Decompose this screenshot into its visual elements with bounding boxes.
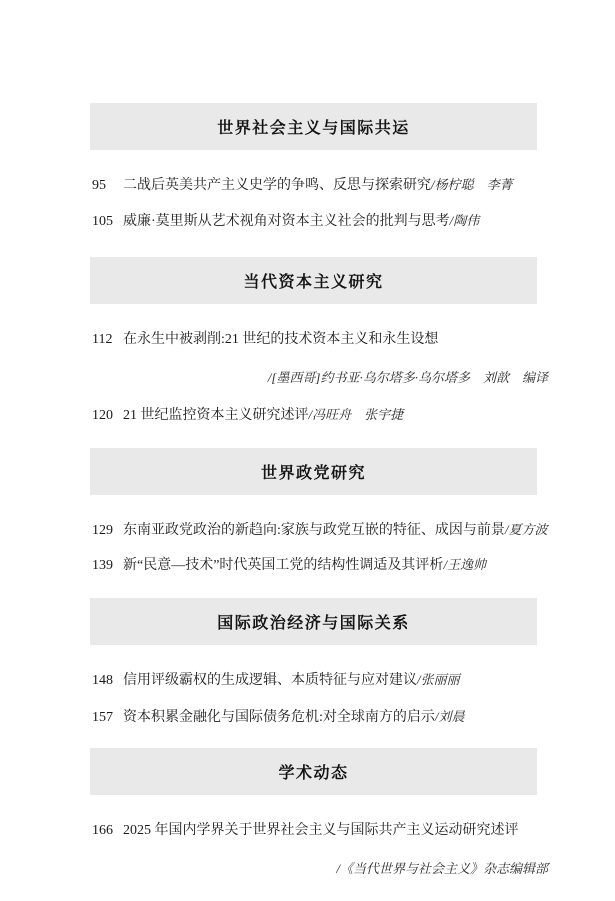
page-number: 95 <box>92 176 123 196</box>
section-header-intl-political-economy: 国际政治经济与国际关系 <box>90 598 537 645</box>
section-title: 当代资本主义研究 <box>243 269 383 292</box>
toc-item: 148信用评级霸权的生成逻辑、本质特征与应对建议/张丽丽 <box>92 670 548 691</box>
section-header-contemporary-capitalism: 当代资本主义研究 <box>90 257 537 304</box>
page-number: 129 <box>92 521 123 541</box>
toc-item-authors-line: /[墨西哥]约书亚·乌尔塔多·乌尔塔多 刘歆 编译 <box>92 368 548 389</box>
toc-item: 12021 世纪监控资本主义研究述评/冯旺舟 张宇捷 <box>92 405 548 426</box>
article-authors: /张丽丽 <box>417 672 460 687</box>
page-number: 112 <box>92 330 123 350</box>
article-authors: /陶伟 <box>450 213 480 228</box>
article-authors: /王逸帅 <box>443 557 486 572</box>
section-header-world-socialism: 世界社会主义与国际共运 <box>90 103 537 150</box>
article-title: 二战后英美共产主义史学的争鸣、反思与探索研究 <box>123 178 431 193</box>
section-header-academic-trends: 学术动态 <box>90 748 537 795</box>
page-number: 120 <box>92 406 123 426</box>
article-authors: /[墨西哥]约书亚·乌尔塔多·乌尔塔多 刘歆 编译 <box>268 370 548 385</box>
page-number: 139 <box>92 556 123 576</box>
section-title: 国际政治经济与国际关系 <box>217 610 410 633</box>
toc-item: 129东南亚政党政治的新趋向:家族与政党互嵌的特征、成因与前景/夏方波 <box>92 520 548 541</box>
article-authors: /刘晨 <box>435 709 465 724</box>
page-number: 148 <box>92 671 123 691</box>
section-title: 学术动态 <box>278 760 348 783</box>
article-authors: /冯旺舟 张宇捷 <box>309 407 404 422</box>
toc-item-authors-line: /《当代世界与社会主义》杂志编辑部 <box>92 859 548 880</box>
journal-toc-page: 世界社会主义与国际共运 95二战后英美共产主义史学的争鸣、反思与探索研究/杨柠聪… <box>0 0 615 901</box>
toc-item: 1662025 年国内学界关于世界社会主义与国际共产主义运动研究述评 <box>92 821 548 841</box>
article-authors: /夏方波 <box>505 522 548 537</box>
section-title: 世界社会主义与国际共运 <box>217 115 410 138</box>
article-title: 21 世纪监控资本主义研究述评 <box>123 408 309 423</box>
page-number: 166 <box>92 821 123 841</box>
article-title: 威廉·莫里斯从艺术视角对资本主义社会的批判与思考 <box>123 214 450 229</box>
toc-item: 105威廉·莫里斯从艺术视角对资本主义社会的批判与思考/陶伟 <box>92 211 548 232</box>
toc-item: 112在永生中被剥削:21 世纪的技术资本主义和永生设想 <box>92 330 548 350</box>
toc-item: 139新“民意—技术”时代英国工党的结构性调适及其评析/王逸帅 <box>92 555 548 576</box>
article-title: 新“民意—技术”时代英国工党的结构性调适及其评析 <box>123 558 443 573</box>
article-title: 信用评级霸权的生成逻辑、本质特征与应对建议 <box>123 673 417 688</box>
section-title: 世界政党研究 <box>261 460 366 483</box>
article-authors: /《当代世界与社会主义》杂志编辑部 <box>336 861 548 876</box>
article-authors: /杨柠聪 李菁 <box>431 177 513 192</box>
page-number: 157 <box>92 708 123 728</box>
article-title: 资本积累金融化与国际债务危机:对全球南方的启示 <box>123 710 435 725</box>
article-title: 东南亚政党政治的新趋向:家族与政党互嵌的特征、成因与前景 <box>123 523 505 538</box>
article-title: 2025 年国内学界关于世界社会主义与国际共产主义运动研究述评 <box>123 823 519 838</box>
page-number: 105 <box>92 212 123 232</box>
toc-item: 157资本积累金融化与国际债务危机:对全球南方的启示/刘晨 <box>92 707 548 728</box>
article-title: 在永生中被剥削:21 世纪的技术资本主义和永生设想 <box>123 332 438 347</box>
section-header-world-parties: 世界政党研究 <box>90 448 537 495</box>
toc-item: 95二战后英美共产主义史学的争鸣、反思与探索研究/杨柠聪 李菁 <box>92 175 548 196</box>
